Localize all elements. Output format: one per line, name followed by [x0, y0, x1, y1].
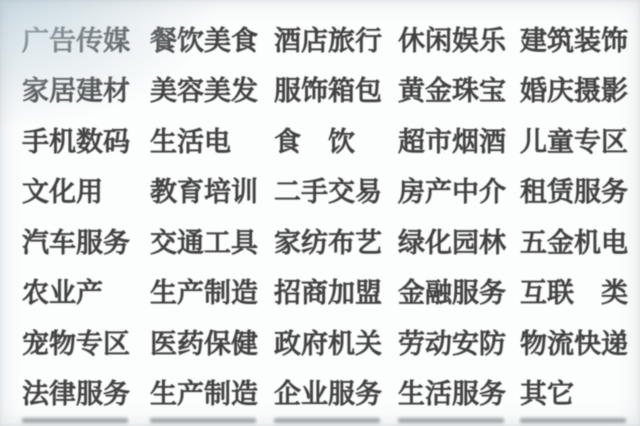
category-item[interactable]: 广告传媒: [22, 19, 150, 58]
category-item[interactable]: 租赁服务: [520, 170, 634, 209]
category-item[interactable]: 酒店旅行: [274, 19, 398, 58]
category-item[interactable]: 劳动安防: [398, 322, 520, 361]
category-item[interactable]: 政府机关: [274, 322, 398, 361]
category-item[interactable]: 五金机电: [520, 221, 634, 260]
category-item[interactable]: 房产中介: [398, 170, 520, 209]
category-item[interactable]: 法律服务: [22, 372, 150, 411]
category-row: 宠物专区医药保健政府机关劳动安防物流快递: [22, 316, 634, 367]
category-item[interactable]: 宠物专区: [22, 322, 150, 361]
category-item[interactable]: 物流快递: [520, 322, 634, 361]
category-item[interactable]: 食 饮: [274, 120, 398, 159]
category-item[interactable]: 文化用: [22, 170, 150, 209]
category-row: 汽车服务交通工具家纺布艺绿化园林五金机电: [22, 215, 634, 266]
category-item[interactable]: 交通工具: [150, 221, 274, 260]
category-item[interactable]: 企业服务: [274, 372, 398, 411]
category-item[interactable]: 黄金珠宝: [398, 69, 520, 108]
category-item[interactable]: 其它: [520, 372, 634, 411]
category-item[interactable]: 生产制造: [150, 372, 274, 411]
category-item[interactable]: 美容美发: [150, 69, 274, 108]
category-grid: 广告传媒餐饮美食酒店旅行休闲娱乐建筑装饰家居建材美容美发服饰箱包黄金珠宝婚庆摄影…: [22, 13, 634, 417]
category-item[interactable]: 农业产: [22, 271, 150, 310]
cropped-next-row-artifact: [22, 418, 634, 424]
category-row: 法律服务生产制造企业服务生活服务其它: [22, 367, 634, 418]
category-item[interactable]: 汽车服务: [22, 221, 150, 260]
cropped-text-blur: [150, 418, 256, 423]
category-row: 农业产生产制造招商加盟金融服务互联 类: [22, 266, 634, 317]
category-item[interactable]: 生产制造: [150, 271, 274, 310]
category-row: 手机数码生活电食 饮超市烟酒儿童专区: [22, 114, 634, 165]
category-item[interactable]: 手机数码: [22, 120, 150, 159]
category-item[interactable]: 二手交易: [274, 170, 398, 209]
category-item[interactable]: 超市烟酒: [398, 120, 520, 159]
category-item[interactable]: 教育培训: [150, 170, 274, 209]
category-row: 文化用教育培训二手交易房产中介租赁服务: [22, 165, 634, 216]
cropped-text-blur: [520, 418, 626, 423]
category-row: 家居建材美容美发服饰箱包黄金珠宝婚庆摄影: [22, 64, 634, 115]
cropped-text-blur: [398, 418, 504, 423]
category-row: 广告传媒餐饮美食酒店旅行休闲娱乐建筑装饰: [22, 13, 634, 64]
category-item[interactable]: 生活电: [150, 120, 274, 159]
category-item[interactable]: 生活服务: [398, 372, 520, 411]
category-item[interactable]: 招商加盟: [274, 271, 398, 310]
category-item[interactable]: 医药保健: [150, 322, 274, 361]
category-item[interactable]: 家纺布艺: [274, 221, 398, 260]
category-item[interactable]: 互联 类: [520, 271, 634, 310]
category-item[interactable]: 儿童专区: [520, 120, 634, 159]
category-item[interactable]: 休闲娱乐: [398, 19, 520, 58]
cropped-text-blur: [22, 418, 128, 423]
category-item[interactable]: 金融服务: [398, 271, 520, 310]
category-item[interactable]: 建筑装饰: [520, 19, 634, 58]
category-item[interactable]: 家居建材: [22, 69, 150, 108]
category-item[interactable]: 绿化园林: [398, 221, 520, 260]
category-item[interactable]: 服饰箱包: [274, 69, 398, 108]
category-item[interactable]: 婚庆摄影: [520, 69, 634, 108]
cropped-text-blur: [274, 418, 380, 423]
category-item[interactable]: 餐饮美食: [150, 19, 274, 58]
